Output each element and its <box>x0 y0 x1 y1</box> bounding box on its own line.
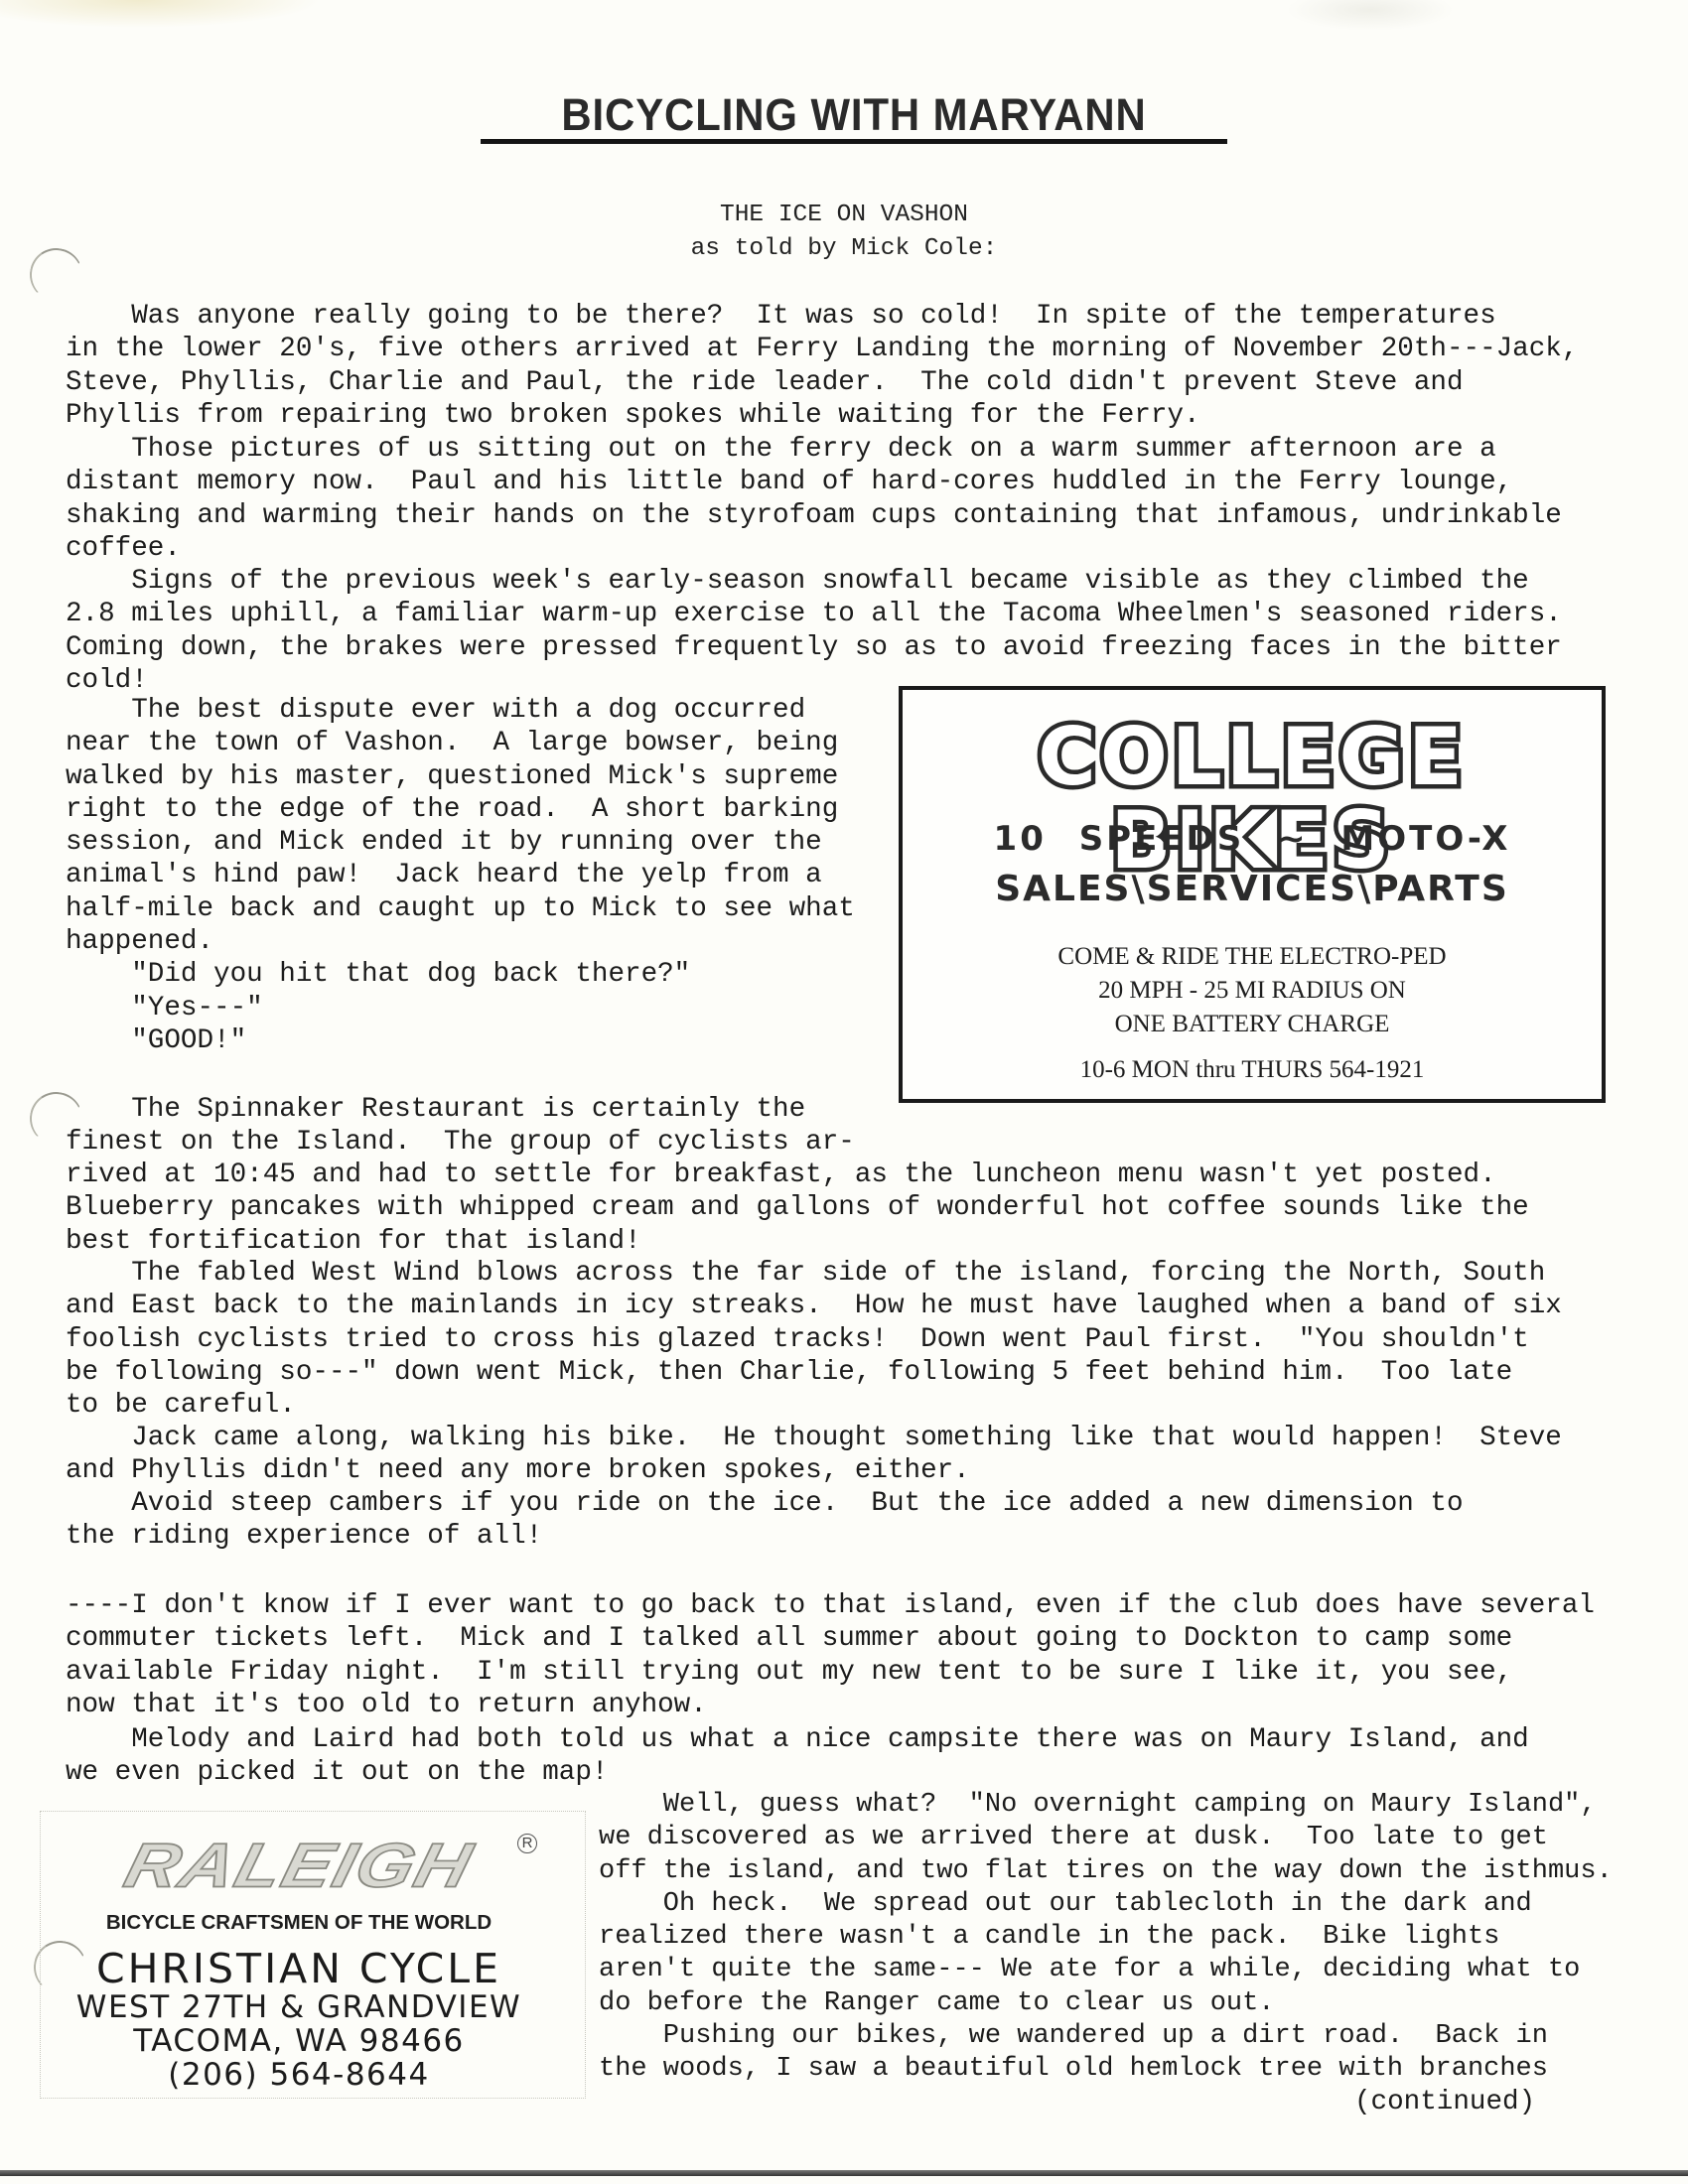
text-line: happened. <box>66 925 855 958</box>
text-line: Blueberry pancakes with whipped cream an… <box>66 1191 1529 1224</box>
paragraph-ferry: Those pictures of us sitting out on the … <box>66 433 1562 565</box>
text-line: Phyllis from repairing two broken spokes… <box>66 399 1578 432</box>
christian-cycle-ad: RALEIGH R BICYCLE CRAFTSMEN OF THE WORLD… <box>40 1811 586 2099</box>
paragraph-dog: The best dispute ever with a dog occurre… <box>66 694 855 1057</box>
ad-promo-line: 20 MPH - 25 MI RADIUS ON <box>903 974 1602 1008</box>
text-line: the riding experience of all! <box>66 1520 1464 1553</box>
text-line: aren't quite the same--- We ate for a wh… <box>599 1954 1613 1986</box>
text-line: rived at 10:45 and had to settle for bre… <box>66 1159 1529 1191</box>
text-line: "Yes---" <box>66 992 855 1024</box>
page-bottom-edge <box>0 2170 1688 2176</box>
text-line: The fabled West Wind blows across the fa… <box>66 1257 1562 1290</box>
continued-note: (continued) <box>1354 2086 1535 2118</box>
text-line: do before the Ranger came to clear us ou… <box>599 1987 1613 2020</box>
text-line: coffee. <box>66 532 1562 565</box>
text-line: Pushing our bikes, we wandered up a dirt… <box>599 2020 1613 2053</box>
paragraph-jack: Jack came along, walking his bike. He th… <box>66 1422 1562 1488</box>
story-byline: as told by Mick Cole: <box>0 232 1688 265</box>
text-line: be following so---" down went Mick, then… <box>66 1356 1562 1389</box>
text-line: "GOOD!" <box>66 1024 855 1057</box>
text-line: we discovered as we arrived there at dus… <box>599 1822 1613 1854</box>
text-line: the woods, I saw a beautiful old hemlock… <box>599 2053 1613 2086</box>
text-line: available Friday night. I'm still trying… <box>66 1656 1595 1689</box>
text-line: off the island, and two flat tires on th… <box>599 1855 1613 1888</box>
text-line: now that it's too old to return anyhow. <box>66 1689 1595 1721</box>
text-line: right to the edge of the road. A short b… <box>66 793 855 826</box>
text-line: 2.8 miles uphill, a familiar warm-up exe… <box>66 598 1562 630</box>
ad-phone: (206) 564-8644 <box>41 2058 557 2092</box>
text-line: Well, guess what? "No overnight camping … <box>599 1789 1613 1822</box>
text-line: Was anyone really going to be there? It … <box>66 300 1578 333</box>
paragraph-west-wind: The fabled West Wind blows across the fa… <box>66 1257 1562 1422</box>
text-line: animal's hind paw! Jack heard the yelp f… <box>66 859 855 891</box>
ad-tagline: BICYCLE CRAFTSMEN OF THE WORLD <box>41 1911 557 1935</box>
ad-address-city: TACOMA, WA 98466 <box>41 2024 557 2058</box>
paragraph-maury-island: Melody and Laird had both told us what a… <box>66 1723 1529 1790</box>
ad-address-street: WEST 27TH & GRANDVIEW <box>41 1990 557 2024</box>
text-line: we even picked it out on the map! <box>66 1756 1529 1789</box>
text-line: Jack came along, walking his bike. He th… <box>66 1422 1562 1454</box>
text-line: foolish cyclists tried to cross his glaz… <box>66 1323 1562 1356</box>
college-bikes-ad: COLLEGE BIKES 10 SPEEDS ~ MOTO-X SALES\S… <box>899 686 1606 1103</box>
story-title: THE ICE ON VASHON <box>0 199 1688 231</box>
text-line: ----I don't know if I ever want to go ba… <box>66 1589 1595 1622</box>
text-line: "Did you hit that dog back there?" <box>66 958 855 991</box>
text-line: walked by his master, questioned Mick's … <box>66 760 855 793</box>
text-line: The Spinnaker Restaurant is certainly th… <box>66 1093 855 1126</box>
ad-services-line: SALES\SERVICES\PARTS <box>903 869 1602 909</box>
text-line: best fortification for that island! <box>66 1225 1529 1258</box>
text-line: to be careful. <box>66 1389 1562 1422</box>
text-line: realized there wasn't a candle in the pa… <box>599 1921 1613 1954</box>
text-line: Steve, Phyllis, Charlie and Paul, the ri… <box>66 366 1578 399</box>
title-underline <box>481 139 1227 144</box>
text-line: session, and Mick ended it by running ov… <box>66 826 855 859</box>
text-line: in the lower 20's, five others arrived a… <box>66 333 1578 365</box>
text-line: distant memory now. Paul and his little … <box>66 466 1562 498</box>
text-line: near the town of Vashon. A large bowser,… <box>66 727 855 759</box>
raleigh-logo: RALEIGH <box>72 1832 526 1899</box>
text-line: Avoid steep cambers if you ride on the i… <box>66 1487 1464 1520</box>
text-line: Signs of the previous week's early-seaso… <box>66 565 1562 598</box>
text-line: Coming down, the brakes were pressed fre… <box>66 631 1562 664</box>
paragraph-snowfall: Signs of the previous week's early-seaso… <box>66 565 1562 697</box>
text-line: and Phyllis didn't need any more broken … <box>66 1454 1562 1487</box>
ad-hours-phone: 10-6 MON thru THURS 564-1921 <box>903 1053 1602 1087</box>
text-line: half-mile back and caught up to Mick to … <box>66 892 855 925</box>
text-line: The best dispute ever with a dog occurre… <box>66 694 855 727</box>
ad-product-line: 10 SPEEDS ~ MOTO-X <box>903 819 1602 859</box>
ad-promo-line: COME & RIDE THE ELECTRO-PED <box>903 940 1602 974</box>
text-line: Melody and Laird had both told us what a… <box>66 1723 1529 1756</box>
paragraph-cambers: Avoid steep cambers if you ride on the i… <box>66 1487 1464 1554</box>
paragraph-spinnaker: rived at 10:45 and had to settle for bre… <box>66 1159 1529 1258</box>
paragraph-campsite-column: Well, guess what? "No overnight camping … <box>599 1789 1613 2087</box>
text-line: Those pictures of us sitting out on the … <box>66 433 1562 466</box>
paragraph-island-return: ----I don't know if I ever want to go ba… <box>66 1589 1595 1721</box>
ad-promo-line: ONE BATTERY CHARGE <box>903 1008 1602 1041</box>
text-line: shaking and warming their hands on the s… <box>66 499 1562 532</box>
paragraph-arrival: Was anyone really going to be there? It … <box>66 300 1578 432</box>
registered-mark-icon: R <box>517 1834 537 1853</box>
page-title: BICYCLING WITH MARYANN <box>506 91 1200 139</box>
text-line: commuter tickets left. Mick and I talked… <box>66 1622 1595 1655</box>
ad-shop-name: CHRISTIAN CYCLE <box>41 1947 557 1990</box>
text-line: and East back to the mainlands in icy st… <box>66 1290 1562 1322</box>
text-line: Oh heck. We spread out our tablecloth in… <box>599 1888 1613 1921</box>
text-line: finest on the Island. The group of cycli… <box>66 1126 855 1159</box>
paragraph-spinnaker-narrow: The Spinnaker Restaurant is certainly th… <box>66 1093 855 1160</box>
